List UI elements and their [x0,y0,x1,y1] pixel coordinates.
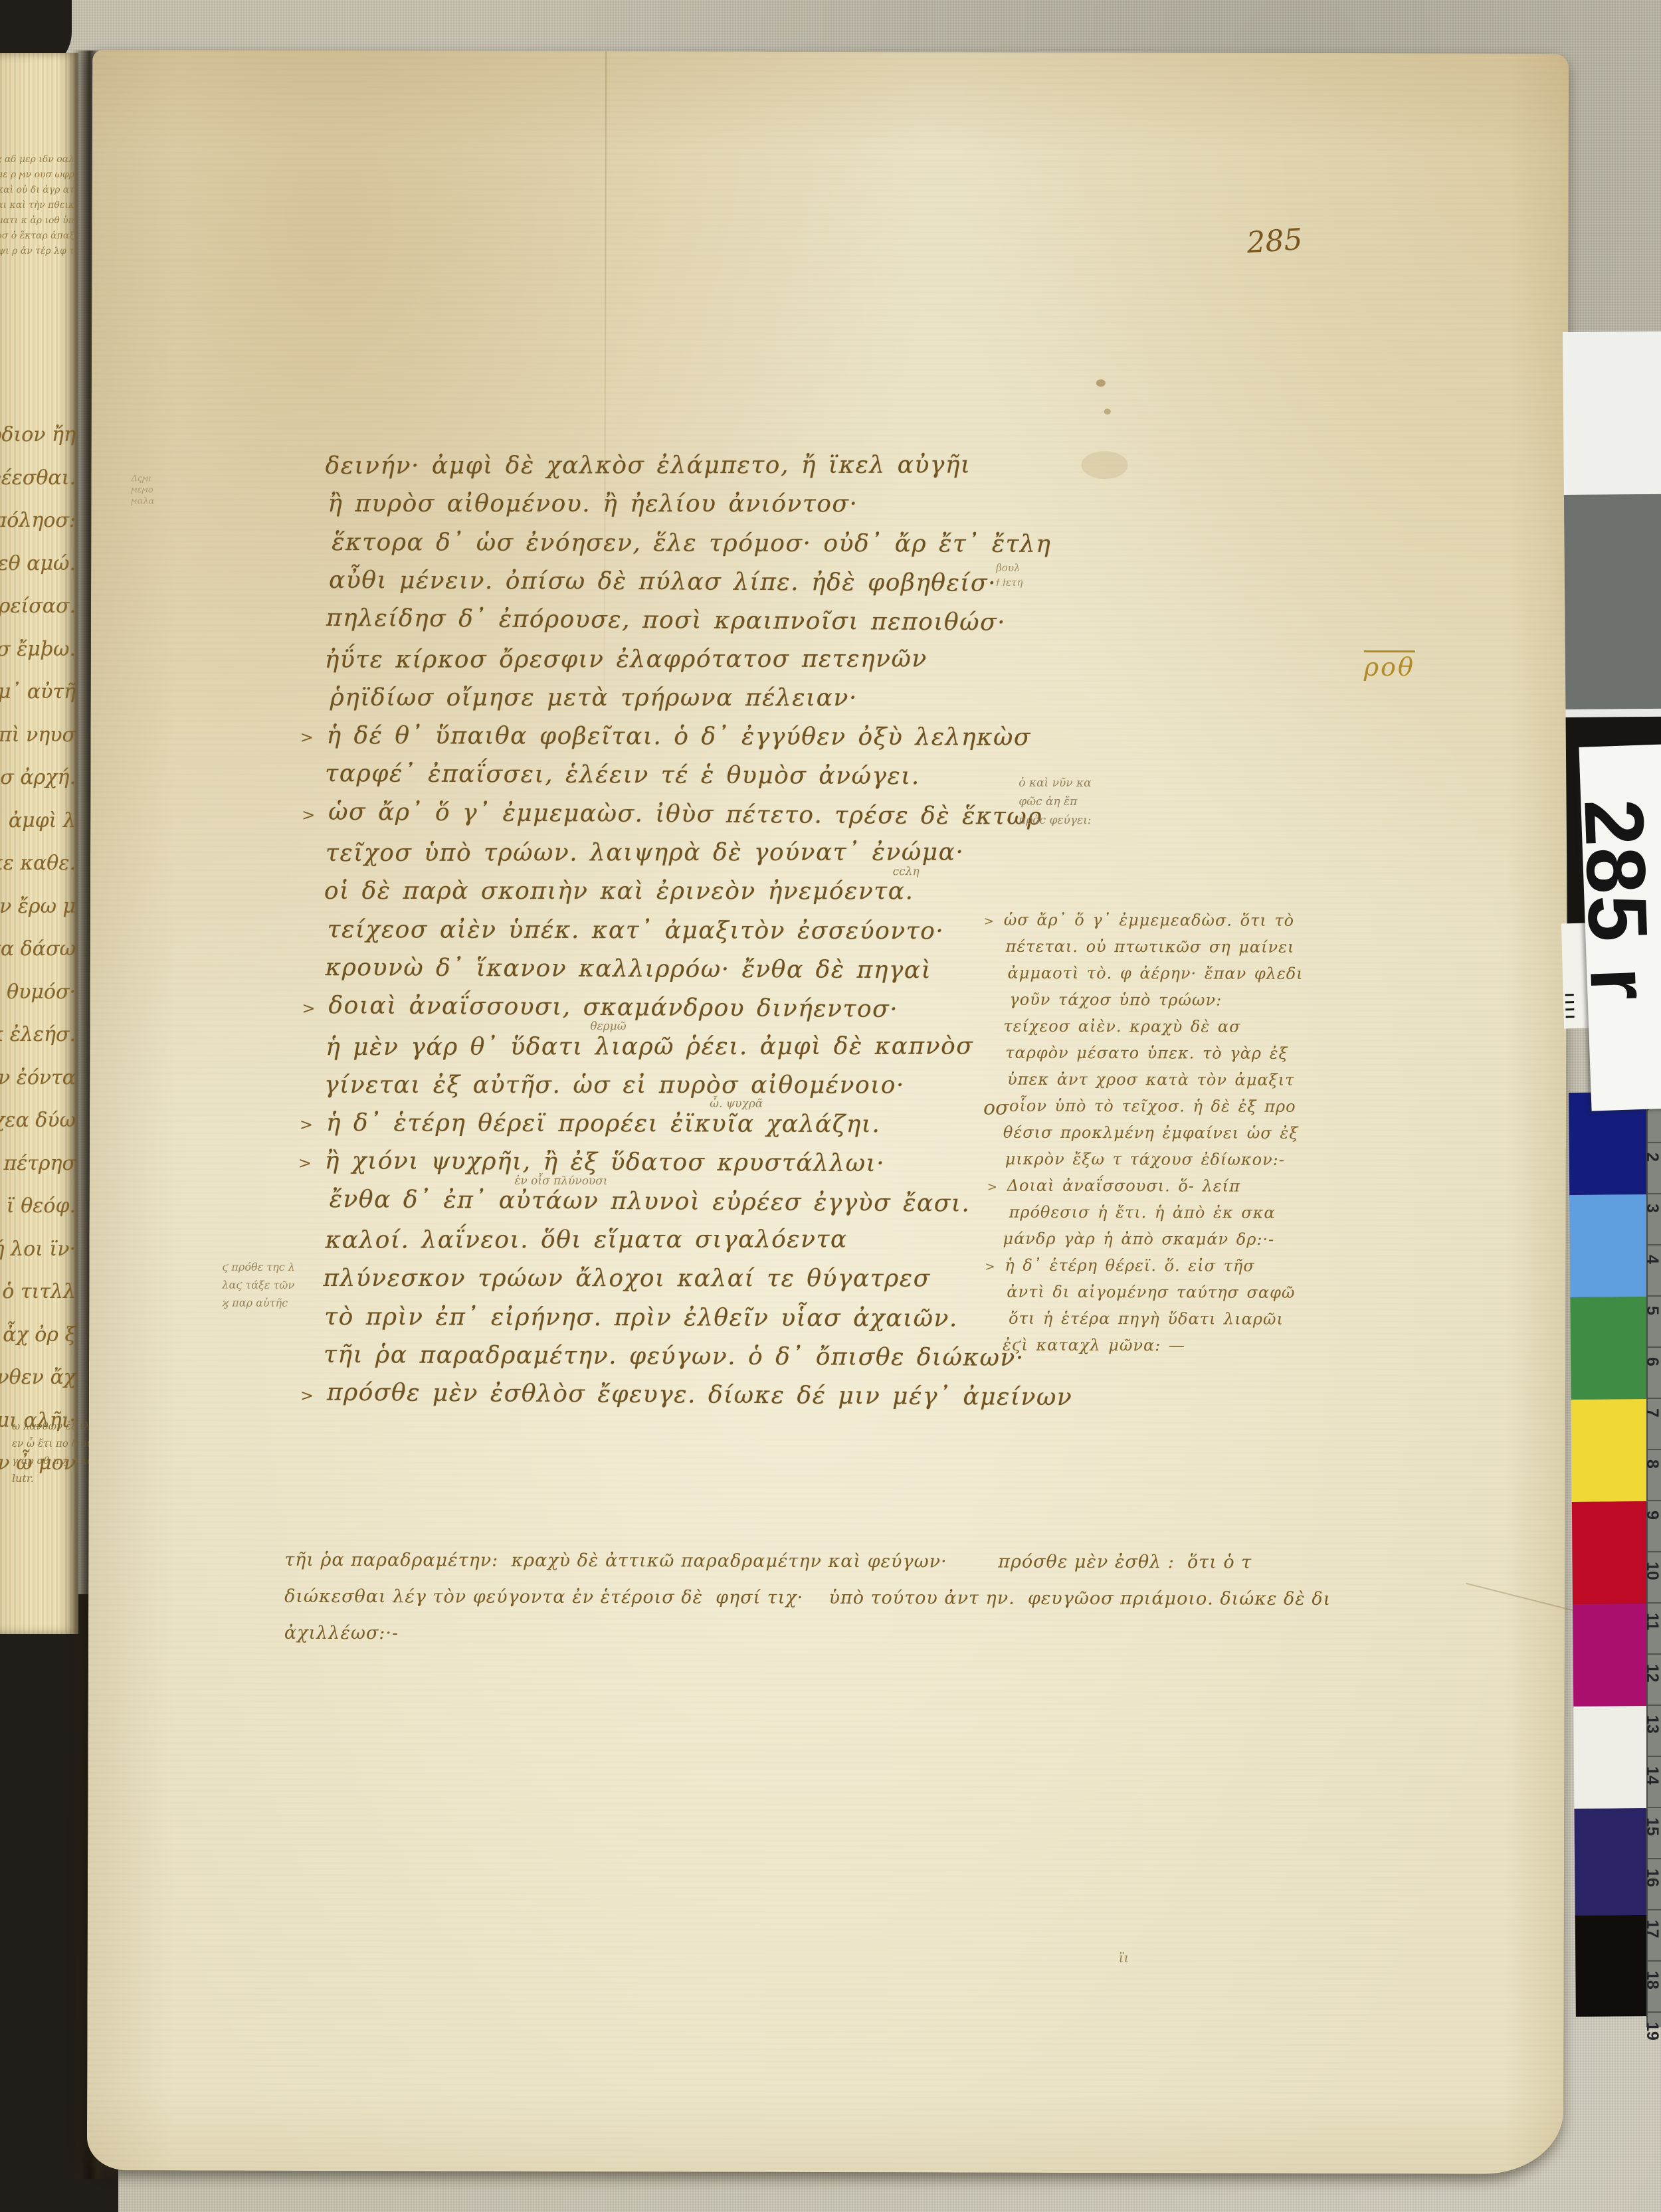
prev-page-line-tail: οίσιον ὅρκον ἔρω μ [0,897,76,917]
prev-page-top-tail: με ρ ϻν ουσ ωφρ [0,169,74,180]
scholia-line: πέτεται. οὐ πτωτικῶσ ση μαίνει [1006,939,1295,955]
ruler-number: 16 [1642,1869,1661,1887]
ruler-cell-line [1648,1500,1661,1501]
text-line: πρόσθε μὲν ἐσθλὸσ ἔφευγε. δίωκε δέ μιν μ… [327,1380,1073,1411]
scholia-line: ὑπεκ ἀντ χροσ κατὰ τὸν ἀμαξιτ [1007,1071,1294,1088]
left-margin-note: ϛ πρόθε τηϲ λλαϛ τάξε τῶνϗ παρ αὐτῆϲ [92,50,1569,54]
interlinear-gloss: ὦ. ψυχρᾶ [710,1097,763,1111]
ruler-cell-line [1648,1244,1661,1245]
right-margin-scholia: >ὡσ ἄρ᾽ ὅ γ᾽ ἐμμεμεαδὼσ. ὅτι τὸπέτεται. … [92,50,1569,54]
ruler-number: 18 [1642,1971,1661,1989]
ink-stain [1096,379,1106,387]
left-note-line: ϗ παρ αὐτῆϲ [222,1297,288,1309]
tiny-note-line: βουλ [996,562,1020,574]
manuscript-photo: ϗ αδ μερ ιδν οαλμε ρ ϻν ουσ ωφρτι καὶ οὐ… [0,0,1661,2212]
ruler-cell-line [1648,1398,1661,1399]
margin-stray-letters: οσ [983,1097,1009,1120]
ruler-number: 17 [1642,1920,1661,1938]
ruler-number: 3 [1642,1204,1661,1213]
scholia-line: ταρφὸν μέσατο ὑπεκ. τὸ γὰρ ἐξ [1005,1045,1288,1061]
prev-page-line-tail: μένην γυμνὸν ἐόντα [0,1068,76,1088]
text-line: τῆι ῥα παραδραμέτην. φεύγων. ὁ δ᾽ ὄπισθε… [324,1342,1025,1372]
text-line: ἔνθα δ᾽ ἐπ᾽ αὐτάων πλυνοὶ εὐρέεσ ἐγγὺσ ἔ… [330,1186,971,1217]
prev-page-line-tail: αὶ κτήματ᾽ ἅμ᾽ αὐτῆ [0,682,76,702]
gloss-block-line: πρὸϲ φεύγει: [1019,814,1091,827]
prev-page-line-tail: ἀπὸ τεύχεα δύω [0,1111,76,1131]
prev-page-line-tail: αν μένεν. ὁ τιτλλ [0,1282,76,1302]
folio-label-card: 285 r [1579,743,1661,1111]
text-line: ἡ μὲν γάρ θ᾽ ὕδατι λιαρῶ ῥέει. ἀμφὶ δὲ κ… [326,1033,973,1060]
text-line: τείχεοσ αἰὲν ὑπέκ. κατ᾽ ἀμαξιτὸν ἐσσεύον… [328,917,945,945]
interlinear-gloss: ϲϲλη [893,866,920,879]
quire-mark: ϊι [1119,1950,1129,1966]
prev-page-line-tail: ροσ κοίλησ ἐπὶ νηυσ [0,725,76,745]
prev-page-top-tail: κο μεματι κ ἀρ ιοθ ὑπ [0,215,74,226]
ruler-cell-line [1648,1858,1661,1859]
scholia-line: ἀντὶ δι αἰγομένησ ταύτησ σαφῶ [1007,1284,1295,1301]
scholia-line: ὡσ ἄρ᾽ ὅ γ᾽ ἐμμεμεαδὼσ. ὅτι τὸ [1004,912,1294,929]
text-line: δοιαὶ ἀναΐσσουσι, σκαμάνδρου δινήεντοσ· [328,992,898,1022]
ink-stain [1104,409,1111,415]
ruler-number: 12 [1642,1664,1661,1683]
scholia-line: μάνδρ γὰρ ἡ ἀπὸ σκαμάν δρ:·- [1003,1231,1274,1247]
text-line: καλοί. λαΐνεοι. ὅθι εἵματα σιγαλόεντα [325,1226,847,1253]
bottom-scholia-line: διώκεσθαι λέγ τὸν φεύγοντα ἐν ἑτέροισ δὲ… [284,1588,1331,1608]
ruler-cell-line [1648,1653,1661,1655]
text-line: ἢ χιόνι ψυχρῆι, ἢ ἐξ ὕδατοσ κρυστάλλωι· [325,1149,885,1178]
previous-page-edge: ϗ αδ μερ ιδν οαλμε ρ ϻν ουσ ωφρτι καὶ οὐ… [0,53,78,1634]
scholia-line: πρόθεσισ ἡ ἔτι. ἡ ἀπὸ ἐκ σκα [1009,1204,1276,1221]
prev-page-line-tail: νείκεοσ ἀρχή. [0,768,76,788]
scholia-line: ἀμμαοτὶ τὸ. φ ἀέρην· ἔπαν φλεδι [1008,965,1304,982]
scholia-line: ὅτι ἡ ἑτέρα πηγὴ ὕδατι λιαρῶι [1009,1311,1284,1327]
colorbar-white-divider [1565,709,1661,717]
ruler-cell-line [1648,1909,1661,1910]
scholia-diple-mark: > [987,1180,997,1194]
color-calibration-bar [1563,331,1661,332]
ruler-number: 15 [1642,1817,1661,1836]
colorbar-gray-block [1564,494,1661,709]
text-line: ἕκτορα δ᾽ ὡσ ἐνόησεν, ἕλε τρόμοσ· οὐδ᾽ ἄ… [332,529,1051,557]
folio-number: 285 [1246,223,1304,260]
main-text-block: δεινήν· ἀμφὶ δὲ χαλκὸσ ἐλάμπετο, ἤ ϊκελ … [92,50,1569,54]
ruler-cell-line [1648,2011,1661,2013]
margin-gloss-block: ὁ καὶ νῦν καφῶϲ ἀη ἔππρὸϲ φεύγει: [92,50,1569,54]
left-note-line: ϛ πρόθε τηϲ λ [222,1261,295,1273]
prev-page-line-tail: φῶσ προ πόληοσ: [0,511,76,531]
mini-note-line: ϻεϻο [131,485,153,495]
diple-mark: > [300,728,313,747]
text-line: ἢ πυρὸσ αἰθομένου. ἢ ἠελίου ἀνιόντοσ· [328,491,858,517]
faint-mini-note: Δςϻιϻεϻοϻαλα [92,50,1569,54]
prev-page-line-tail: χε δὸν ἢ νθεν ἄχ [0,1368,76,1388]
interlinear-gloss: θερμῶ [590,1020,626,1033]
prev-page-line-tail: ἐξέξατο θυμόσ· [0,982,76,1002]
diple-mark: > [302,999,315,1018]
tiny-note-line: ϯ ϯετη [996,577,1023,589]
ruler-cell-line [1648,1193,1661,1194]
ruler-cell-line [1648,1705,1661,1706]
scholia-line: τείχεοσ αἰὲν. κραχὺ δὲ ασ [1003,1018,1240,1035]
prev-page-line-tail: ν. ἅμα δ᾽ ἀμφὶ λ [0,811,76,831]
ruler-number: 5 [1642,1306,1661,1315]
bottom-scholia-line: ἀχιλλέωσ:·- [284,1624,399,1642]
text-line: ἡ δέ θ᾽ ὕπαιθα φοβεῖται. ὁ δ᾽ ἐγγύθεν ὀξ… [326,723,1031,751]
bottom-scholia-block: τῆι ῥα παραδραμέτην: κραχὺ δὲ ἀττικῶ παρ… [92,50,1569,54]
strip-bottom-note-line: lutr. [12,1472,34,1485]
prev-page-line-tail: δίχα πάντα δάσω [0,939,76,959]
prev-page-top-tail: ιαδο μαι καὶ τὴν πθεικ [0,200,74,211]
ruler-cell-line [1648,1449,1661,1450]
text-line: γίνεται ἐξ αὐτῆσ. ὡσ εἰ πυρὸσ αἰθομένοιο… [324,1072,905,1099]
text-line: ὡσ ἄρ᾽ ὅ γ᾽ ἐμμεμαὼσ. ἰθὺσ πέτετο. τρέσε… [328,798,1042,830]
text-line: αὖθι μένειν. ὀπίσω δὲ πύλασ λίπε. ἠδὲ φο… [329,567,997,597]
prev-page-top-tail: αγ ψι ρ ἀν τέρ λφ τ [0,246,74,256]
ruler-number: 2 [1642,1152,1661,1162]
text-line: ταρφέ᾽ ἐπαΐσσει, ἑλέειν τέ ἑ θυμὸσ ἀνώγε… [325,761,920,790]
bottom-scholia-line: τῆι ῥα παραδραμέτην: κραχὺ δὲ ἀττικῶ παρ… [284,1551,1252,1572]
diple-mark: > [300,1115,313,1134]
scholia-line: Δοιαὶ ἀναΐσσουσι. ὅ- λείπ [1007,1178,1240,1194]
ruler-cell-line [1648,1142,1661,1143]
ruler-number: 14 [1642,1766,1661,1785]
prev-page-line-tail: ον ἅμμή λοι ϊν· [0,1240,76,1259]
parchment-crease [604,51,607,702]
text-line: πηλείδησ δ᾽ ἐπόρουσε, ποσὶ κραιπνοῖσι πε… [326,605,1006,636]
scholia-line: ἡ δ᾽ ἑτέρη θέρεϊ. ὅ. εἰσ τῆσ [1005,1257,1254,1274]
scholia-line: ἐϛὶ καταχλ μῶνα: — [1003,1337,1185,1354]
ruler-cell-line [1648,1960,1661,1962]
parchment-blotch [1081,451,1127,479]
ruler-strip: 12345678910111213141516171819 [1646,1081,1661,2027]
text-line: ἠΰτε κίρκοσ ὄρεσφιν ἐλαφρότατοσ πετεηνῶν [325,646,928,673]
prev-page-top-tail: ϗ αδ μερ ιδν οαλ [0,154,74,165]
margin-tiny-note: βουλϯ ϯετη [92,50,1569,54]
mini-note-line: ϻαλα [131,496,154,506]
manuscript-page: 285 ροθ οσ ϊι δεινήν· ἀμφὶ δὲ χαλκὸσ ἐλά… [87,50,1569,2174]
prev-page-line-tail: πολὺ κέρδιον ἤη [0,425,76,445]
text-line: δεινήν· ἀμφὶ δὲ χαλκὸσ ἐλάμπετο, ἤ ϊκελ … [326,452,971,480]
diple-mark: > [298,1154,312,1172]
scholia-line: γοῦν τάχοσ ὑπὸ τρώων: [1009,992,1222,1008]
diple-mark: > [300,1386,314,1405]
gloss-block-line: φῶϲ ἀη ἔπ [1019,795,1077,808]
prev-page-line-tail: θέμοσ ἢ ϊ θεόφ. [0,1196,76,1216]
prev-page-line-tail: ίρπτι οσ ἆχ ὀρ ξ [0,1325,76,1345]
ruler-cell-line [1648,1346,1661,1348]
scholia-diple-mark: > [985,1260,995,1274]
ruler-number: 8 [1642,1459,1661,1469]
prev-page-line-tail: σ οὐ δ᾽ ἀπὸ πέτρησ [0,1154,76,1174]
colorbar-white-block [1563,331,1661,495]
ruler-number: 11 [1642,1613,1661,1630]
ruler-number: 13 [1642,1715,1661,1734]
text-line: ῥηϊδίωσ οἴμησε μετὰ τρήρωνα πέλειαν· [330,685,858,711]
text-line: οἱ δὲ παρὰ σκοπιὴν καὶ ἐρινεὸν ἠνεμόεντα… [324,878,914,905]
ruler-number: 19 [1642,2022,1661,2041]
text-line: τεῖχοσ ὑπὸ τρώων. λαιψηρὰ δὲ γούνατ᾽ ἐνώ… [326,840,964,867]
scholia-line: θέσισ προκλμένη ἐμφαίνει ὡσ ἐξ [1003,1125,1299,1141]
ruler-cell-line [1648,1756,1661,1757]
left-note-line: λαϛ τάξε τῶν [222,1279,294,1291]
prev-page-top-tail: τι καὶ οὐ δι ἀγρ ατ [0,185,74,195]
ruler-cell-line [1648,1551,1661,1552]
gloss-block-line: ὁ καὶ νῦν κα [1019,777,1091,790]
ruler-number: 6 [1642,1357,1661,1366]
mini-note-line: Δςϻι [131,474,151,484]
text-line: κρουνὼ δ᾽ ἵκανον καλλιρρόω· ἔνθα δὲ πηγα… [325,955,931,984]
prev-page-line-tail: νθεῖο μαι ὁ μεθ αμώ. [0,554,76,574]
interlinear-gloss: ἐν οἷσ πλύνουσι [514,1174,607,1187]
scholia-line: οἷον ὑπὸ τὸ τεῖχοσ. ἡ δὲ ἐξ προ [1009,1098,1296,1115]
ruler-number: 7 [1642,1408,1661,1418]
ruler-cell-line [1648,1602,1661,1604]
line-number-mark: ροθ [1364,652,1415,682]
ruler-cell-line [1648,1807,1661,1808]
prev-page-top-tail: θικὸσ ὁ ἕκταρ ἀπαξ [0,230,74,241]
text-line: πλύνεσκον τρώων ἄλοχοι καλαί τε θύγατρεσ [323,1265,930,1292]
strip-bottom-note-line: γ αρ αθ μ ϗ ρ λατ [12,1455,100,1467]
prev-page-line-tail: προτείχοσ ἐρείσασ. [0,597,76,616]
text-line: ἡ δ᾽ ἑτέρη θέρεϊ προρέει ἐϊκυῖα χαλάζηι. [326,1110,881,1138]
scholia-diple-mark: > [984,915,994,929]
prev-page-line-tail: σ ἢ δὲ κε καθε. [0,854,76,874]
ruler-number: 4 [1642,1255,1661,1264]
folio-label-text: 285 r [1565,798,1661,1003]
diple-mark: > [302,806,315,824]
ruler-number: 10 [1642,1562,1661,1580]
scholia-line: μικρὸν ἔξω τ τάχουσ ἐδίωκον:- [1005,1151,1285,1168]
ruler-cell-line [1648,1295,1661,1297]
prev-page-line-tail: ν ἄντα νέεσθαι. [0,468,76,488]
prev-page-line-tail: νοσ ἄρτιοσ ἔμϸω. [0,640,76,660]
text-line: τὸ πρὶν ἐπ᾽ εἰρήνησ. πρὶν ἐλθεῖν υἷασ ἀχ… [324,1304,958,1332]
ruler-number: 9 [1642,1511,1661,1520]
prev-page-line-tail: δέ μ᾽ οὐ κ ἐλεήσ. [0,1025,76,1045]
